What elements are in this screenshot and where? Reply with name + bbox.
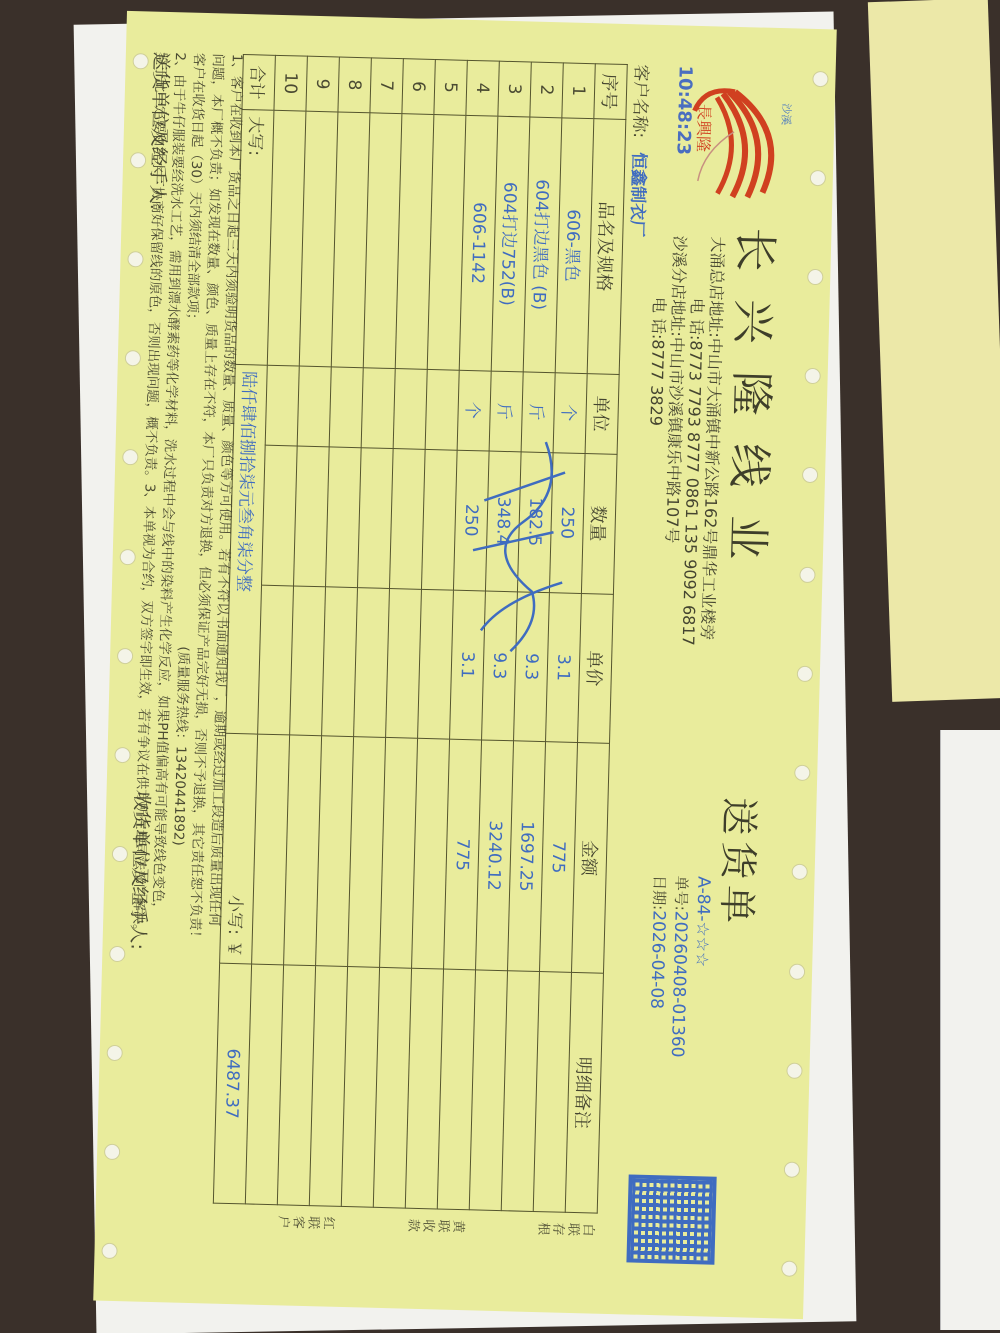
date-label: 日期: [650,875,669,911]
customer-label: 客户名称: [629,64,651,138]
cell-no: 6 [402,59,435,115]
cell-no: 3 [498,61,531,117]
cell-amount: 775 [539,742,577,973]
col-header-price: 单价 [578,593,614,744]
logo-small-text: 沙溪 [778,103,795,125]
col-header-name: 品名及规格 [587,119,626,375]
cell-no: 1 [562,63,595,119]
company-name: 长兴隆线业 [718,227,791,589]
logo-brand-text: 長興隆 [693,104,717,153]
main-store-address-label: 大涌总店地址: [706,236,728,338]
cell-no: 5 [434,60,467,116]
col-header-unit: 单位 [585,373,619,454]
cell-amount: 775 [444,739,482,970]
customer-field: 客户名称:恒鑫制衣厂 [626,64,656,237]
copy-label-white: 白联存根 [535,1222,595,1240]
branch-phone-label: 电 话: [649,297,669,340]
customer-name: 恒鑫制衣厂 [626,152,648,237]
tractor-holes-top [773,29,837,1319]
delivery-note-wrapper: 沙溪 長興隆 10:48:23 长兴隆线业 送货单 大涌总店地址:中山市大涌镇中… [100,0,830,1333]
col-header-no: 序号 [594,64,627,120]
copy-labels: 白联存根 黄联收款 红联客户 [205,1213,595,1239]
total-label: 合计 [242,54,275,110]
copy-label-yellow: 黄联收款 [405,1219,465,1237]
copy-label-red: 红联客户 [275,1215,335,1233]
qr-code-icon [626,1174,716,1264]
cell-remark [533,972,571,1213]
cell-name: 604打边752(B) [491,116,530,372]
cell-name: 604打边黑色 (B) [523,117,562,373]
print-time: 10:48:23 [672,65,695,155]
branch-phone: 8777 3829 [646,339,667,426]
order-no: 20260408-01360 [667,911,691,1058]
col-header-qty: 数量 [581,453,617,594]
cell-name: 606-黑色 [555,118,594,374]
date-value: 2026-04-08 [646,910,669,1009]
order-no-label: 单号: [672,876,691,912]
cell-remark [501,971,539,1212]
background-paper-right [868,0,1000,702]
cell-amount: 1697.25 [508,741,546,972]
document-meta: A-84-☆☆☆ 单号:20260408-01360 日期:2026-04-08 [644,875,715,1058]
cell-no: 2 [530,62,563,118]
cell-no: 4 [466,60,499,116]
cell-no: 7 [370,58,403,114]
col-header-remark: 明细备注 [565,973,603,1214]
cell-remark [469,970,507,1211]
branch-address-label: 沙溪分店地址: [668,235,690,337]
background-paper-stack-right [940,730,1000,1330]
main-store-phone-label: 电 话: [687,298,707,341]
cell-no: 9 [306,56,339,112]
cell-name: 606-1142 [459,115,498,371]
document-type-title: 送货单 [712,797,770,930]
delivery-note-sheet: 沙溪 長興隆 10:48:23 长兴隆线业 送货单 大涌总店地址:中山市大涌镇中… [93,11,837,1319]
company-addresses: 大涌总店地址:中山市大涌镇中新公路162号鼎华工业楼旁 电 话:8773 779… [641,235,728,647]
col-header-amount: 金额 [571,743,609,974]
cell-remark [437,969,475,1210]
handwritten-signature-icon [450,430,586,663]
cell-no: 10 [274,55,307,111]
cell-amount: 3240.12 [476,740,514,971]
cell-no: 8 [338,57,371,113]
